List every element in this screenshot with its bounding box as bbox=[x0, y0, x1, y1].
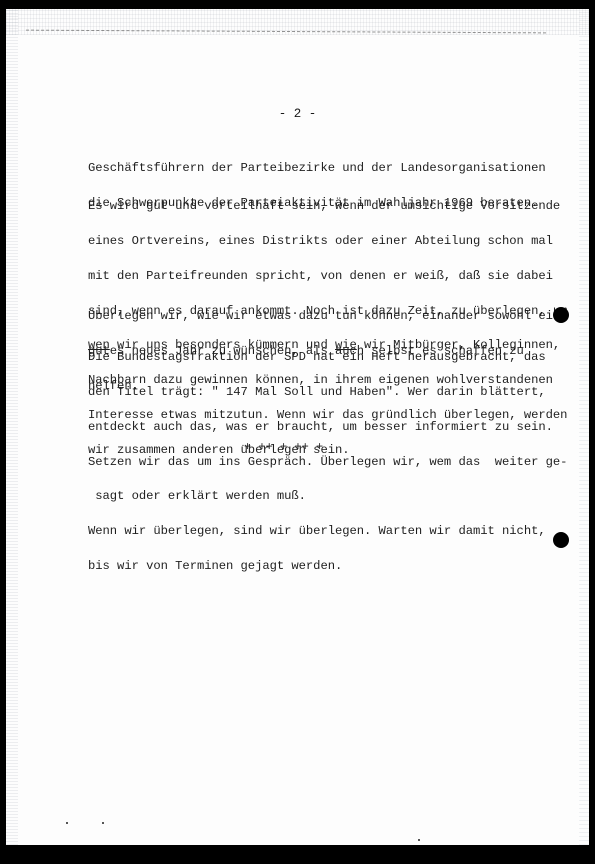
text-line: Es wird gut und vorteilhaft sein, wenn d… bbox=[88, 201, 568, 213]
text-line: sagt oder erklärt werden muß. bbox=[88, 491, 568, 503]
section-separator: + ++ + ++ + bbox=[244, 440, 323, 454]
scan-speck bbox=[66, 822, 68, 824]
paragraph-4: Die Bundestagsfraktion der SPD hat ein H… bbox=[88, 329, 568, 596]
text-line: bis wir von Terminen gejagt werden. bbox=[88, 561, 568, 573]
text-line: Wenn wir überlegen, sind wir überlegen. … bbox=[88, 526, 568, 538]
text-line: Überlegen wir, wie wir etwas dazu tun kö… bbox=[88, 311, 568, 323]
punch-hole-icon bbox=[553, 307, 569, 323]
text-line: eines Ortvereins, eines Distrikts oder e… bbox=[88, 236, 568, 248]
scan-noise-right bbox=[579, 9, 589, 845]
page-number: - 2 - bbox=[6, 107, 589, 121]
scan-speck bbox=[418, 839, 420, 841]
text-line: Geschäftsführern der Parteibezirke und d… bbox=[88, 163, 568, 175]
text-line: mit den Parteifreunden spricht, von dene… bbox=[88, 271, 568, 283]
text-line: den Titel trägt: " 147 Mal Soll und Habe… bbox=[88, 387, 568, 399]
scan-speck bbox=[102, 822, 104, 824]
punch-hole-icon bbox=[553, 532, 569, 548]
scan-noise-left bbox=[6, 9, 18, 845]
scanned-page: - 2 - Geschäftsführern der Parteibezirke… bbox=[6, 9, 589, 845]
text-line: Setzen wir das um ins Gespräch. Überlege… bbox=[88, 457, 568, 469]
scan-edge-line bbox=[26, 30, 546, 40]
text-line: entdeckt auch das, was er braucht, um be… bbox=[88, 422, 568, 434]
text-line: Die Bundestagsfraktion der SPD hat ein H… bbox=[88, 352, 568, 364]
